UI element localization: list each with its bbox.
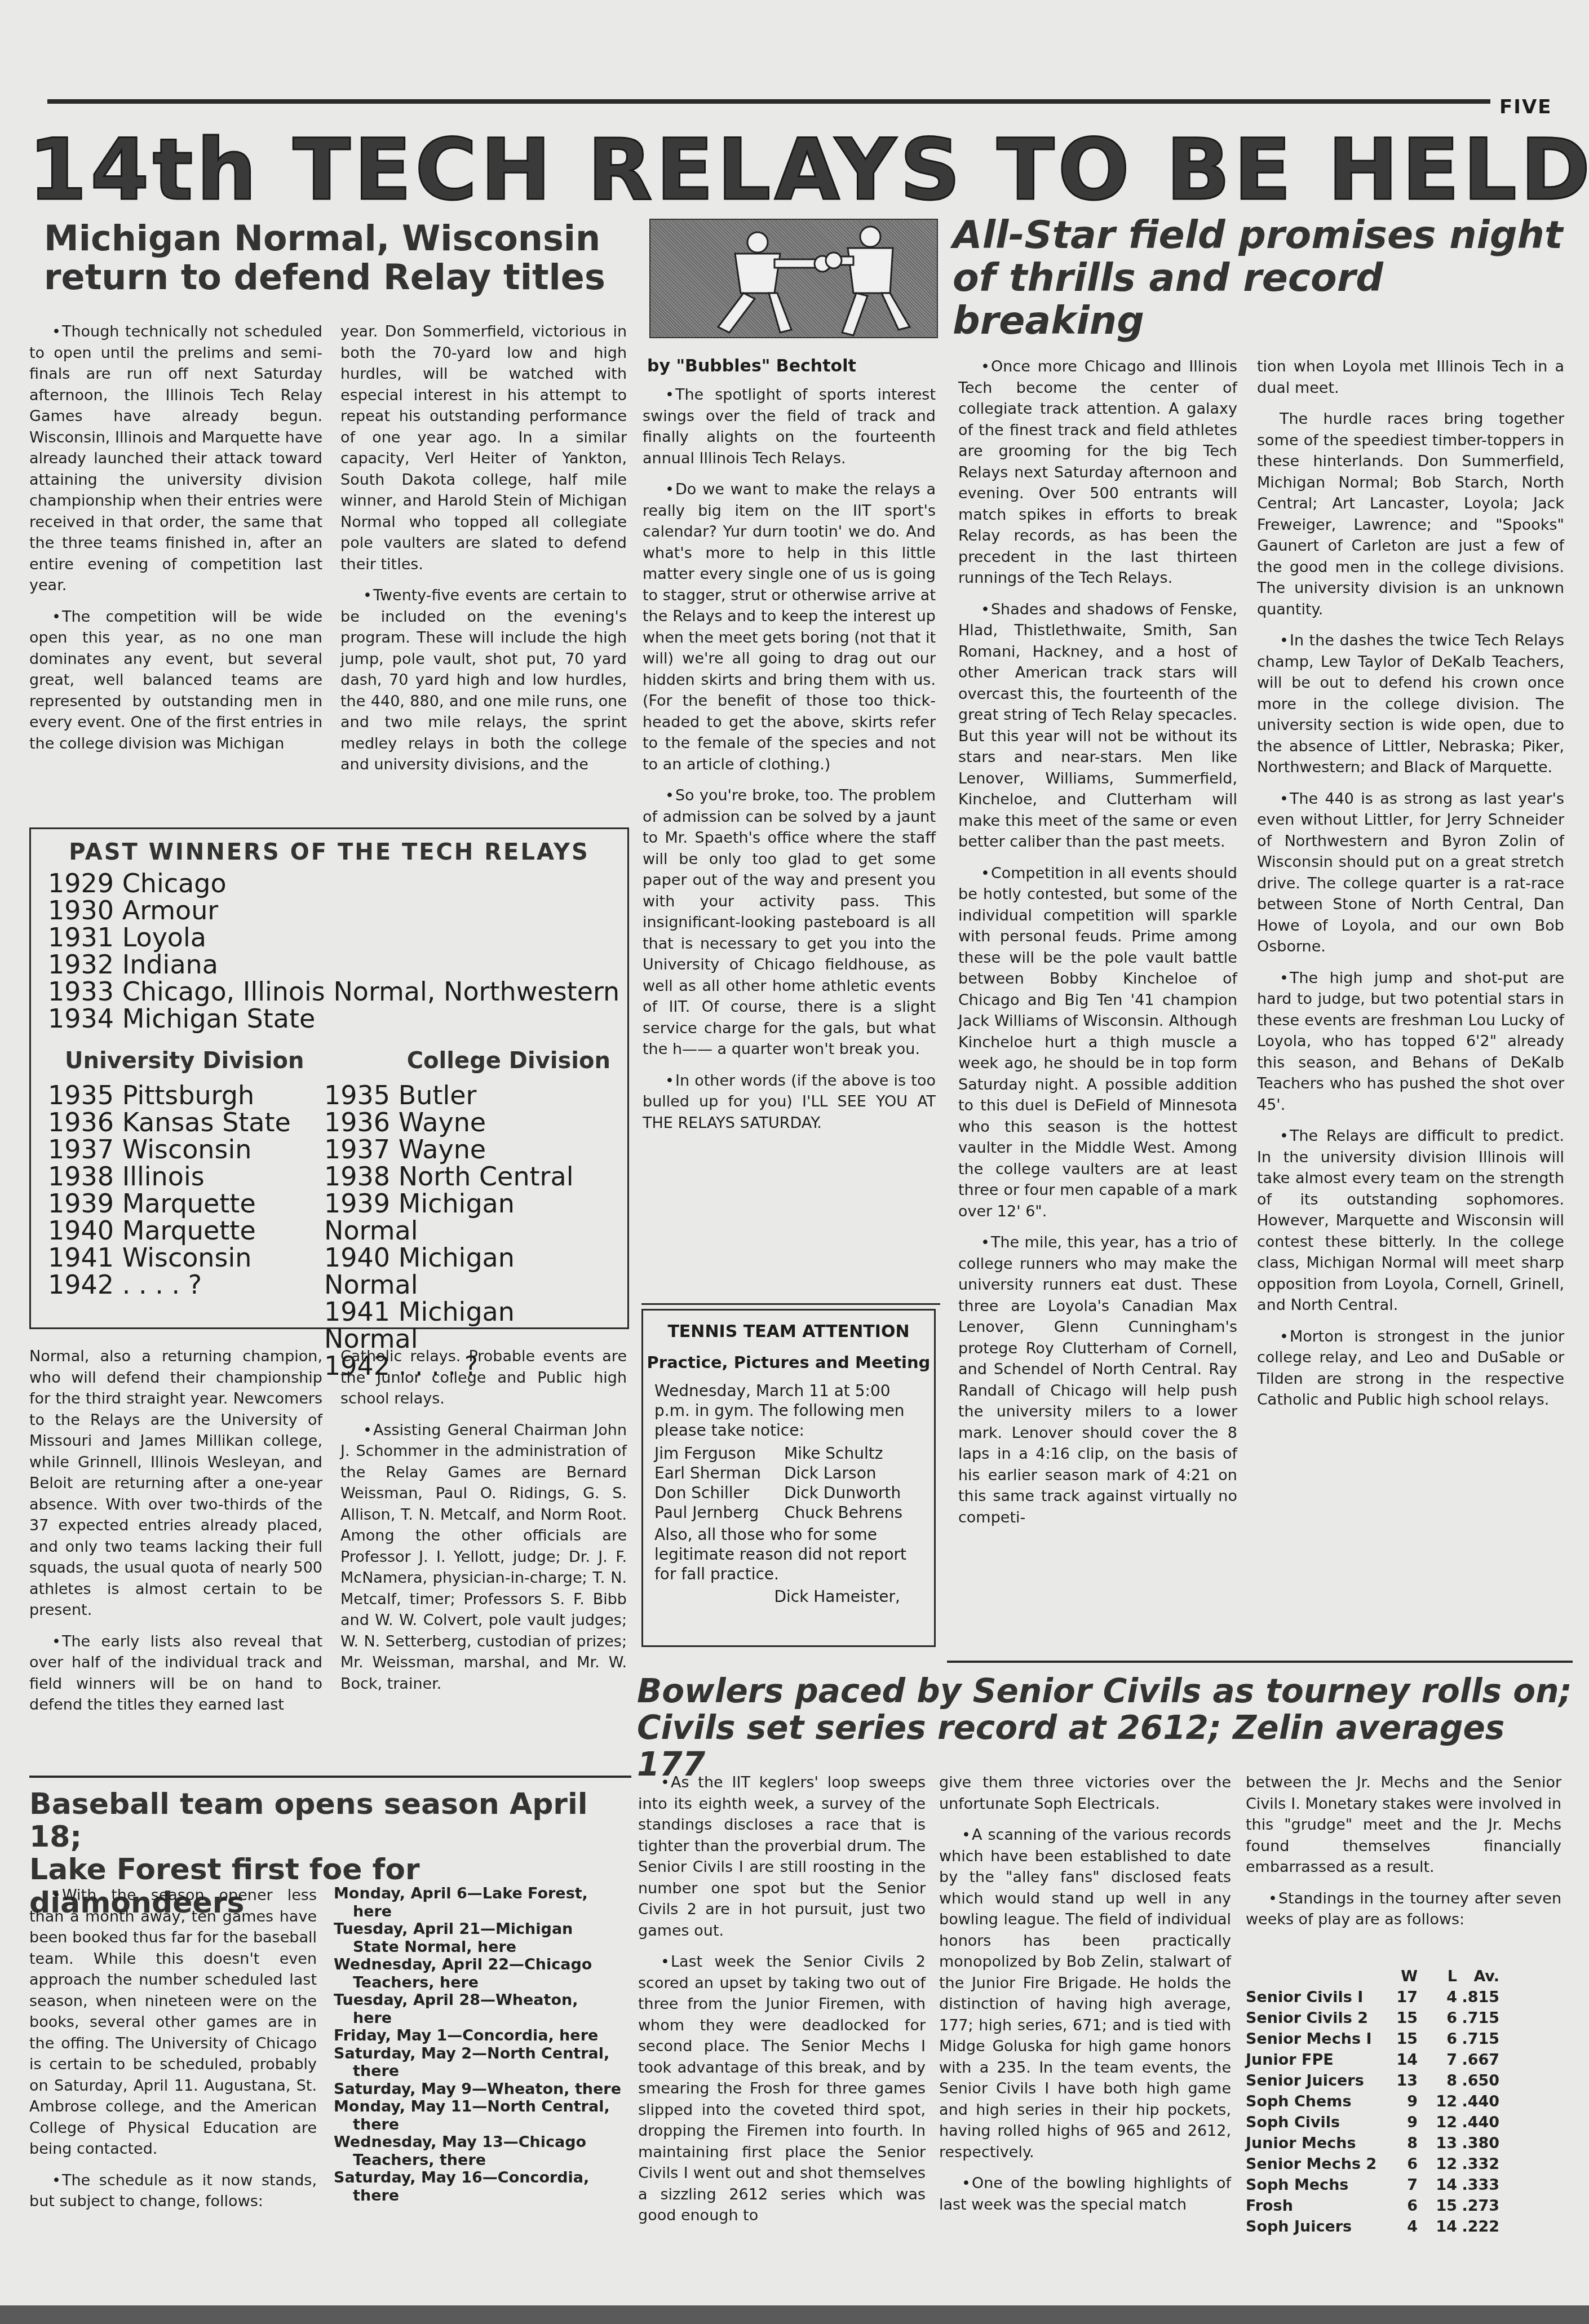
average: .667 (1457, 2049, 1499, 2070)
paragraph: Last week the Senior Civils 2 scored an … (638, 1951, 926, 2226)
wins: 13 (1387, 2070, 1418, 2091)
average: .440 (1457, 2112, 1499, 2133)
paragraph: With the season opener less than a month… (29, 1885, 317, 2160)
tennis-title: TENNIS TEAM ATTENTION (643, 1322, 934, 1342)
paragraph: between the Jr. Mechs and the Senior Civ… (1246, 1772, 1561, 1878)
losses: 12 (1418, 2112, 1457, 2133)
table-row: Soph Juicers414.222 (1246, 2216, 1499, 2237)
tennis-top-rule (641, 1303, 940, 1305)
schedule-item: Monday, May 11—North Central, there (334, 2098, 621, 2133)
team-name: Senior Mechs 2 (1246, 2154, 1387, 2175)
bottom-edge (0, 2305, 1589, 2324)
baseball-top-rule (29, 1776, 631, 1778)
winner-entry: 1939 Michigan Normal (324, 1190, 600, 1244)
paragraph: Catholic relays. Probable events are the… (340, 1346, 627, 1410)
relays-col1: Though technically not scheduled to open… (29, 321, 322, 764)
schedule-item: Saturday, May 9—Wheaton, there (334, 2080, 621, 2099)
wins: 8 (1387, 2133, 1418, 2154)
paragraph: Do we want to make the relays a really b… (643, 479, 936, 775)
losses: 12 (1418, 2091, 1457, 2112)
average: .715 (1457, 2029, 1499, 2049)
winner-entry: 1930 Armour (48, 897, 627, 924)
tennis-names: Jim Ferguson Mike Schultz Earl Sherman D… (654, 1444, 934, 1522)
paragraph: The 440 is as strong as last year's even… (1257, 789, 1564, 958)
paragraph: Once more Chicago and Illinois Tech beco… (958, 356, 1237, 589)
player-name: Dick Dunworth (784, 1483, 914, 1503)
bowling-headline: Bowlers paced by Senior Civils as tourne… (637, 1673, 1584, 1783)
paragraph: One of the bowling highlights of last we… (939, 2173, 1231, 2215)
average: .333 (1457, 2175, 1499, 2195)
relays-cont-col2: Catholic relays. Probable events are the… (340, 1346, 627, 1705)
winner-entry: 1934 Michigan State (48, 1005, 627, 1032)
table-row: Soph Civils912.440 (1246, 2112, 1499, 2133)
bubbles-column: The spotlight of sports interest swings … (643, 384, 936, 1144)
table-row: Soph Mechs714.333 (1246, 2175, 1499, 2195)
paragraph: A scanning of the various records which … (939, 1825, 1231, 2163)
player-name: Chuck Behrens (784, 1503, 914, 1522)
winner-entry: 1939 Marquette (48, 1190, 324, 1217)
college-list: 1935 Butler 1936 Wayne 1937 Wayne 1938 N… (324, 1082, 600, 1379)
masthead-headline: 14th TECH RELAYS TO BE HELD SATURDAY (28, 121, 1561, 219)
winner-entry: 1941 Michigan Normal (324, 1298, 600, 1352)
winner-entry: 1940 Michigan Normal (324, 1244, 600, 1298)
wins: 6 (1387, 2195, 1418, 2216)
average: .440 (1457, 2091, 1499, 2112)
winner-entry: 1940 Marquette (48, 1217, 324, 1244)
byline: by "Bubbles" Bechtolt (647, 356, 856, 376)
paragraph: The schedule as it now stands, but subje… (29, 2170, 317, 2212)
team-name: Soph Chems (1246, 2091, 1387, 2112)
baseball-schedule: Monday, April 6—Lake Forest, here Tuesda… (334, 1885, 621, 2205)
paragraph: Morton is strongest in the junior colleg… (1257, 1326, 1564, 1411)
team-name: Junior Mechs (1246, 2133, 1387, 2154)
winner-entry: 1937 Wayne (324, 1136, 600, 1163)
wins: 9 (1387, 2091, 1418, 2112)
paragraph: Twenty-five events are certain to be inc… (340, 585, 627, 776)
team-name: Senior Civils I (1246, 1987, 1387, 2008)
paragraph: Normal, also a returning champion, who w… (29, 1346, 322, 1621)
newspaper-page: FIVE 14th TECH RELAYS TO BE HELD SATURDA… (0, 0, 1589, 2324)
relays-cont-col1: Normal, also a returning champion, who w… (29, 1346, 322, 1726)
average: .273 (1457, 2195, 1499, 2216)
boxers-illustration (649, 219, 938, 338)
average: .815 (1457, 1987, 1499, 2008)
losses: 14 (1418, 2175, 1457, 2195)
schedule-item: Monday, April 6—Lake Forest, here (334, 1885, 621, 1920)
winner-entry: 1929 Chicago (48, 870, 627, 897)
table-row: Soph Chems912.440 (1246, 2091, 1499, 2112)
allstar-headline-line2: of thrills and record breaking (953, 257, 1573, 343)
winner-entry: 1938 North Central (324, 1163, 600, 1190)
table-row: Frosh615.273 (1246, 2195, 1499, 2216)
standings-table: W L Av. Senior Civils I174.815 Senior Ci… (1246, 1966, 1499, 2237)
team-name: Soph Mechs (1246, 2175, 1387, 2195)
tennis-notice-box: TENNIS TEAM ATTENTION Practice, Pictures… (641, 1309, 936, 1647)
winner-entry: 1941 Wisconsin (48, 1244, 324, 1271)
relays-headline-line2: return to defend Relay titles (44, 258, 630, 296)
allstar-headline: All-Star field promises night of thrills… (953, 214, 1573, 343)
tennis-subtitle: Practice, Pictures and Meeting (643, 1353, 934, 1372)
allstar-col2: tion when Loyola met Illinois Tech in a … (1257, 356, 1564, 1421)
team-name: Senior Mechs I (1246, 2029, 1387, 2049)
paragraph: The spotlight of sports interest swings … (643, 384, 936, 469)
past-winners-early-list: 1929 Chicago 1930 Armour 1931 Loyola 193… (48, 870, 627, 1032)
paragraph: The early lists also reveal that over ha… (29, 1631, 322, 1716)
table-row: Junior Mechs813.380 (1246, 2133, 1499, 2154)
player-name: Jim Ferguson (654, 1444, 784, 1463)
header-wins: W (1387, 1966, 1418, 1987)
paragraph: year. Don Sommerfield, victorious in bot… (340, 321, 627, 575)
header-losses: L (1418, 1966, 1457, 1987)
bowling-col1: As the IIT keglers' loop sweeps into its… (638, 1772, 926, 2237)
relays-headline-line1: Michigan Normal, Wisconsin (44, 219, 630, 258)
player-name: Earl Sherman (654, 1463, 784, 1483)
paragraph: In the dashes the twice Tech Relays cham… (1257, 630, 1564, 778)
winner-entry: 1936 Kansas State (48, 1109, 324, 1136)
wins: 4 (1387, 2216, 1418, 2237)
division-lists: 1935 Pittsburgh 1936 Kansas State 1937 W… (48, 1082, 627, 1379)
university-division-label: University Division (65, 1048, 304, 1074)
bowling-top-rule (947, 1661, 1573, 1663)
relays-col2: year. Don Sommerfield, victorious in bot… (340, 321, 627, 786)
schedule-item: Tuesday, April 28—Wheaton, here (334, 1991, 621, 2027)
team-name: Senior Civils 2 (1246, 2008, 1387, 2029)
paragraph: The Relays are difficult to predict. In … (1257, 1126, 1564, 1316)
losses: 15 (1418, 2195, 1457, 2216)
player-name: Paul Jernberg (654, 1503, 784, 1522)
allstar-col1: Once more Chicago and Illinois Tech beco… (958, 356, 1237, 1538)
schedule-item: Saturday, May 16—Concordia, there (334, 2169, 621, 2205)
table-row: Junior FPE147.667 (1246, 2049, 1499, 2070)
player-name: Don Schiller (654, 1483, 784, 1503)
past-winners-box: PAST WINNERS OF THE TECH RELAYS 1929 Chi… (29, 827, 629, 1329)
player-name: Dick Larson (784, 1463, 914, 1483)
wins: 17 (1387, 1987, 1418, 2008)
losses: 12 (1418, 2154, 1457, 2175)
table-row: Senior Civils 2156.715 (1246, 2008, 1499, 2029)
bowling-headline-line1: Bowlers paced by Senior Civils as tourne… (637, 1673, 1584, 1710)
page-number: FIVE (1499, 96, 1552, 118)
schedule-item: Friday, May 1—Concordia, here (334, 2027, 621, 2045)
division-headers: University Division College Division (65, 1048, 610, 1074)
winner-entry: 1931 Loyola (48, 924, 627, 951)
paragraph: Competition in all events should be hotl… (958, 863, 1237, 1223)
university-list: 1935 Pittsburgh 1936 Kansas State 1937 W… (48, 1082, 324, 1379)
winner-entry: 1932 Indiana (48, 951, 627, 978)
losses: 14 (1418, 2216, 1457, 2237)
allstar-headline-line1: All-Star field promises night (953, 214, 1573, 257)
paragraph: Shades and shadows of Fenske, Hlad, This… (958, 599, 1237, 853)
header-average: Av. (1457, 1966, 1499, 1987)
paragraph: The high jump and shot-put are hard to j… (1257, 968, 1564, 1116)
past-winners-title: PAST WINNERS OF THE TECH RELAYS (31, 839, 627, 865)
player-name: Mike Schultz (784, 1444, 914, 1463)
winner-entry: 1936 Wayne (324, 1109, 600, 1136)
team-name: Soph Juicers (1246, 2216, 1387, 2237)
table-row: Senior Mechs I156.715 (1246, 2029, 1499, 2049)
average: .222 (1457, 2216, 1499, 2237)
tennis-body: Wednesday, March 11 at 5:00 p.m. in gym.… (643, 1372, 934, 1440)
losses: 13 (1418, 2133, 1457, 2154)
wins: 9 (1387, 2112, 1418, 2133)
paragraph: tion when Loyola met Illinois Tech in a … (1257, 356, 1564, 399)
header-team (1246, 1966, 1387, 1987)
relays-headline: Michigan Normal, Wisconsin return to def… (44, 219, 630, 297)
winner-entry: 1933 Chicago, Illinois Normal, Northwest… (48, 978, 627, 1005)
losses: 8 (1418, 2070, 1457, 2091)
winner-entry: 1938 Illinois (48, 1163, 324, 1190)
wins: 7 (1387, 2175, 1418, 2195)
boxers-figure-icon (650, 220, 938, 338)
schedule-item: Tuesday, April 21—Michigan State Normal,… (334, 1920, 621, 1956)
losses: 6 (1418, 2008, 1457, 2029)
paragraph: So you're broke, too. The problem of adm… (643, 785, 936, 1060)
team-name: Senior Juicers (1246, 2070, 1387, 2091)
paragraph: As the IIT keglers' loop sweeps into its… (638, 1772, 926, 1941)
paragraph: give them three victories over the unfor… (939, 1772, 1231, 1814)
wins: 14 (1387, 2049, 1418, 2070)
paragraph: Though technically not scheduled to open… (29, 321, 322, 596)
winner-entry: 1942 . . . . ? (48, 1271, 324, 1298)
top-rule (47, 99, 1490, 104)
table-row: Senior Civils I174.815 (1246, 1987, 1499, 2008)
paragraph: The mile, this year, has a trio of colle… (958, 1232, 1237, 1528)
paragraph: The hurdle races bring together some of … (1257, 409, 1564, 620)
tennis-signature: Dick Hameister, (643, 1587, 934, 1606)
average: .715 (1457, 2008, 1499, 2029)
paragraph: Standings in the tourney after seven wee… (1246, 1888, 1561, 1931)
average: .332 (1457, 2154, 1499, 2175)
bowling-col3: between the Jr. Mechs and the Senior Civ… (1246, 1772, 1561, 1931)
schedule-item: Wednesday, May 13—Chicago Teachers, ther… (334, 2133, 621, 2169)
paragraph: In other words (if the above is too bull… (643, 1070, 936, 1134)
team-name: Junior FPE (1246, 2049, 1387, 2070)
baseball-headline-line1: Baseball team opens season April 18; (29, 1788, 632, 1853)
team-name: Frosh (1246, 2195, 1387, 2216)
schedule-item: Wednesday, April 22—Chicago Teachers, he… (334, 1956, 621, 1991)
college-division-label: College Division (407, 1048, 610, 1074)
tennis-closing: Also, all those who for some legitimate … (643, 1525, 934, 1584)
average: .650 (1457, 2070, 1499, 2091)
standings-header: W L Av. (1246, 1966, 1499, 1987)
schedule-item: Saturday, May 2—North Central, there (334, 2045, 621, 2080)
bowling-col2: give them three victories over the unfor… (939, 1772, 1231, 2225)
wins: 6 (1387, 2154, 1418, 2175)
losses: 7 (1418, 2049, 1457, 2070)
losses: 4 (1418, 1987, 1457, 2008)
wins: 15 (1387, 2008, 1418, 2029)
wins: 15 (1387, 2029, 1418, 2049)
paragraph: The competition will be wide open this y… (29, 607, 322, 755)
losses: 6 (1418, 2029, 1457, 2049)
winner-entry: 1937 Wisconsin (48, 1136, 324, 1163)
table-row: Senior Juicers138.650 (1246, 2070, 1499, 2091)
paragraph: Assisting General Chairman John J. Schom… (340, 1420, 627, 1695)
baseball-col1: With the season opener less than a month… (29, 1885, 317, 2223)
average: .380 (1457, 2133, 1499, 2154)
team-name: Soph Civils (1246, 2112, 1387, 2133)
winner-entry: 1935 Pittsburgh (48, 1082, 324, 1109)
winner-entry: 1935 Butler (324, 1082, 600, 1109)
table-row: Senior Mechs 2612.332 (1246, 2154, 1499, 2175)
